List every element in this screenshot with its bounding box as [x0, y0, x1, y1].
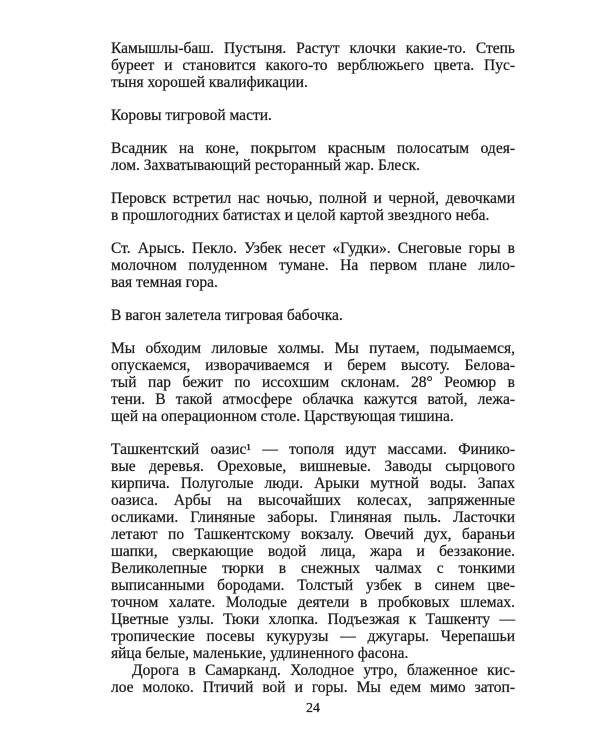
text-line: Дорога в Самарканд. Холодное утро, блаже… — [132, 662, 515, 679]
text-block: Камышлы-баш. Пустыня. Растут клочки каки… — [111, 40, 515, 696]
paragraph: Камышлы-баш. Пустыня. Растут клочки каки… — [111, 40, 515, 91]
text-line: Перовск встретил нас ночью, полной и чер… — [111, 190, 515, 207]
paragraph: Ташкентский оазис¹ — тополя идут массами… — [111, 441, 515, 662]
text-line: осликами. Глиняные заборы. Глиняная пыль… — [111, 509, 515, 526]
text-line: летают по Ташкентскому вокзалу. Овечий д… — [111, 526, 515, 543]
page-number: 24 — [111, 701, 515, 717]
text-line: Коровы тигровой масти. — [111, 107, 515, 124]
text-line: Мы обходим лиловые холмы. Мы путаем, под… — [111, 340, 515, 357]
text-line: Всадник на коне, покрытом красным полоса… — [111, 140, 515, 157]
text-line: оазиса. Арбы на высочайших колесах, запр… — [111, 492, 515, 509]
text-line: щей на операционном столе. Царствующая т… — [111, 408, 515, 425]
text-line: выписанными бородами. Толстый узбек в си… — [111, 577, 515, 594]
text-line: точном халате. Молодые деятели в пробков… — [111, 594, 515, 611]
text-line: в прошлогодних батистах и целой картой з… — [111, 207, 515, 224]
book-page: Камышлы-баш. Пустыня. Растут клочки каки… — [0, 0, 600, 750]
paragraph: Всадник на коне, покрытом красным полоса… — [111, 140, 515, 174]
text-line: Великолепные тюрки в снежных чалмах с то… — [111, 560, 515, 577]
text-line: яйца белые, маленькие, удлиненного фасон… — [111, 645, 515, 662]
text-line: тени. В такой атмосфере облачка кажутся … — [111, 391, 515, 408]
text-line: вая темная гора. — [111, 274, 515, 291]
text-line: Ташкентский оазис¹ — тополя идут массами… — [111, 441, 515, 458]
text-line: буреет и становится какого-то верблюжьег… — [111, 57, 515, 74]
text-line: опускаемся, изворачиваемся и берем высот… — [111, 357, 515, 374]
text-line: лом. Захватывающий ресторанный жар. Блес… — [111, 157, 515, 174]
text-line: Ст. Арысь. Пекло. Узбек несет «Гудки». С… — [111, 240, 515, 257]
text-line: Камышлы-баш. Пустыня. Растут клочки каки… — [111, 40, 515, 57]
text-line: шапки, сверкающие водой лица, жара и без… — [111, 543, 515, 560]
paragraph: Мы обходим лиловые холмы. Мы путаем, под… — [111, 340, 515, 425]
paragraph: В вагон залетела тигровая бабочка. — [111, 307, 515, 324]
paragraph: Дорога в Самарканд. Холодное утро, блаже… — [111, 662, 515, 696]
text-line: вые деревья. Ореховые, вишневые. Заводы … — [111, 458, 515, 475]
text-line: тропические посевы кукурузы — джугары. Ч… — [111, 628, 515, 645]
text-line: лое молоко. Птичий вой и горы. Мы едем м… — [111, 679, 515, 696]
text-line: молочном полуденном тумане. На первом пл… — [111, 257, 515, 274]
paragraph: Перовск встретил нас ночью, полной и чер… — [111, 190, 515, 224]
text-line: В вагон залетела тигровая бабочка. — [111, 307, 515, 324]
text-line: тый пар бежит по иссохшим склонам. 28° Р… — [111, 374, 515, 391]
text-line: кирпича. Полуголые люди. Арыки мутной во… — [111, 475, 515, 492]
paragraph: Коровы тигровой масти. — [111, 107, 515, 124]
text-line: Цветные узлы. Тюки хлопка. Подъезжая к Т… — [111, 611, 515, 628]
text-line: тыня хорошей квалификации. — [111, 74, 515, 91]
paragraph: Ст. Арысь. Пекло. Узбек несет «Гудки». С… — [111, 240, 515, 291]
